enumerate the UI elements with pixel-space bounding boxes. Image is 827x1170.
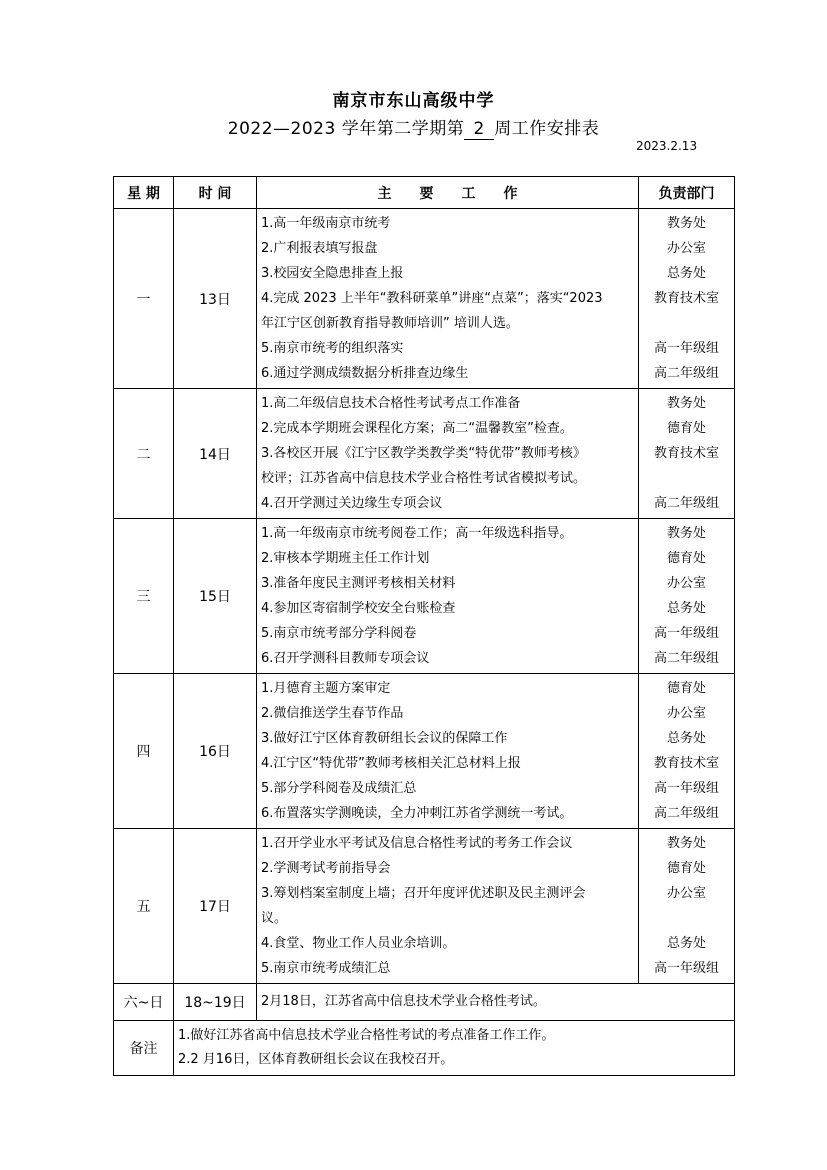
col-header-time: 时 间: [174, 177, 257, 209]
tasks-cell: 1.召开学业水平考试及信息合格性考试的考务工作会议2.学测考试考前指导会3.筹划…: [257, 829, 639, 984]
week-number: 2: [464, 119, 494, 140]
task-item: 2.微信推送学生春节作品: [261, 701, 638, 726]
dept-item: 高二年级组: [639, 491, 734, 516]
dept-item: 高一年级组: [639, 776, 734, 801]
dept-item: 办公室: [639, 571, 734, 596]
dept-item: 高一年级组: [639, 956, 734, 981]
date-cell: 15日: [174, 519, 257, 674]
dept-item: 高一年级组: [639, 336, 734, 361]
task-item: 6.通过学测成绩数据分析排查边缘生: [261, 361, 638, 386]
day-cell: 五: [114, 829, 174, 984]
weekend-row: 六~日18~19日2月18日，江苏省高中信息技术学业合格性考试。: [114, 984, 735, 1021]
task-item: 年江宁区创新教育指导教师培训” 培训人选。: [261, 311, 638, 336]
tasks-cell: 1.高二年级信息技术合格性考试考点工作准备2.完成本学期班会课程化方案；高二“温…: [257, 389, 639, 519]
task-item: 3.筹划档案室制度上墙；召开年度评优述职及民主测评会: [261, 881, 638, 906]
day-row: 五17日1.召开学业水平考试及信息合格性考试的考务工作会议2.学测考试考前指导会…: [114, 829, 735, 984]
task-item: 1.高一年级南京市统考: [261, 211, 638, 236]
task-item: 1.高二年级信息技术合格性考试考点工作准备: [261, 391, 638, 416]
dept-cell: 教务处办公室总务处教育技术室高一年级组高二年级组: [639, 209, 735, 389]
dept-item: 教务处: [639, 391, 734, 416]
task-item: 3.准备年度民主测评考核相关材料: [261, 571, 638, 596]
dept-item: 德育处: [639, 676, 734, 701]
title-prefix: 2022—2023 学年第二学期第: [228, 119, 464, 139]
notes-label: 备注: [114, 1021, 174, 1076]
dept-item: 高二年级组: [639, 801, 734, 826]
tasks-cell: 1.高一年级南京市统考2.广利报表填写报盘3.校园安全隐患排查上报4.完成 20…: [257, 209, 639, 389]
task-item: 5.南京市统考部分学科阅卷: [261, 621, 638, 646]
dept-item: 高二年级组: [639, 361, 734, 386]
dept-item: 办公室: [639, 236, 734, 261]
date-cell: 17日: [174, 829, 257, 984]
dept-item: 办公室: [639, 701, 734, 726]
date-cell: 16日: [174, 674, 257, 829]
col-header-tasks: 主 要 工 作: [257, 177, 639, 209]
day-cell: 二: [114, 389, 174, 519]
dept-item: 教育技术室: [639, 286, 734, 311]
dept-item: 教务处: [639, 521, 734, 546]
dept-item: [639, 906, 734, 931]
task-item: 4.完成 2023 上半年“教科研菜单”讲座“点菜”；落实“2023: [261, 286, 638, 311]
date-cell: 14日: [174, 389, 257, 519]
task-item: 6.召开学测科目教师专项会议: [261, 646, 638, 671]
notes-cell: 1.做好江苏省高中信息技术学业合格性考试的考点准备工作工作。2.2 月16日，区…: [174, 1021, 735, 1076]
dept-item: 办公室: [639, 881, 734, 906]
weekend-day-cell: 六~日: [114, 984, 174, 1021]
task-item: 4.江宁区“特优带”教师考核相关汇总材料上报: [261, 751, 638, 776]
dept-item: 高二年级组: [639, 646, 734, 671]
dept-cell: 教务处德育处办公室总务处高一年级组高二年级组: [639, 519, 735, 674]
task-item: 4.参加区寄宿制学校安全台账检查: [261, 596, 638, 621]
day-row: 四16日1.月德育主题方案审定2.微信推送学生春节作品3.做好江宁区体育教研组长…: [114, 674, 735, 829]
header-row: 星 期 时 间 主 要 工 作 负责部门: [114, 177, 735, 209]
date-cell: 13日: [174, 209, 257, 389]
dept-item: [639, 311, 734, 336]
dept-item: 总务处: [639, 726, 734, 751]
schedule-title: 2022—2023 学年第二学期第2周工作安排表: [0, 114, 827, 140]
task-item: 5.南京市统考成绩汇总: [261, 956, 638, 981]
task-item: 2.完成本学期班会课程化方案；高二“温馨教室”检查。: [261, 416, 638, 441]
weekend-task-cell: 2月18日，江苏省高中信息技术学业合格性考试。: [257, 984, 735, 1021]
task-item: 5.部分学科阅卷及成绩汇总: [261, 776, 638, 801]
task-item: 4.召开学测过关边缘生专项会议: [261, 491, 638, 516]
notes-row: 备注1.做好江苏省高中信息技术学业合格性考试的考点准备工作工作。2.2 月16日…: [114, 1021, 735, 1076]
task-item: 3.做好江宁区体育教研组长会议的保障工作: [261, 726, 638, 751]
dept-item: 高一年级组: [639, 621, 734, 646]
task-item: 3.各校区开展《江宁区教学类教学类“特优带”教师考核》: [261, 441, 638, 466]
task-item: 校评；江苏省高中信息技术学业合格性考试省模拟考试。: [261, 466, 638, 491]
tasks-cell: 1.月德育主题方案审定2.微信推送学生春节作品3.做好江宁区体育教研组长会议的保…: [257, 674, 639, 829]
dept-item: 德育处: [639, 416, 734, 441]
dept-cell: 教务处德育处教育技术室高二年级组: [639, 389, 735, 519]
task-item: 1.高一年级南京市统考阅卷工作；高一年级选科指导。: [261, 521, 638, 546]
tasks-cell: 1.高一年级南京市统考阅卷工作；高一年级选科指导。2.审核本学期班主任工作计划3…: [257, 519, 639, 674]
col-header-dept: 负责部门: [639, 177, 735, 209]
dept-item: 德育处: [639, 856, 734, 881]
dept-item: [639, 466, 734, 491]
dept-item: 教育技术室: [639, 751, 734, 776]
dept-item: 总务处: [639, 261, 734, 286]
note-item: 1.做好江苏省高中信息技术学业合格性考试的考点准备工作工作。: [178, 1024, 734, 1048]
schedule-table: 星 期 时 间 主 要 工 作 负责部门 一13日1.高一年级南京市统考2.广利…: [113, 176, 735, 1076]
day-row: 三15日1.高一年级南京市统考阅卷工作；高一年级选科指导。2.审核本学期班主任工…: [114, 519, 735, 674]
dept-item: 总务处: [639, 596, 734, 621]
day-row: 二14日1.高二年级信息技术合格性考试考点工作准备2.完成本学期班会课程化方案；…: [114, 389, 735, 519]
issue-date: 2023.2.13: [636, 139, 697, 153]
day-row: 一13日1.高一年级南京市统考2.广利报表填写报盘3.校园安全隐患排查上报4.完…: [114, 209, 735, 389]
dept-cell: 德育处办公室总务处教育技术室高一年级组高二年级组: [639, 674, 735, 829]
task-item: 2.广利报表填写报盘: [261, 236, 638, 261]
dept-item: 教育技术室: [639, 441, 734, 466]
task-item: 4.食堂、物业工作人员业余培训。: [261, 931, 638, 956]
note-item: 2.2 月16日，区体育教研组长会议在我校召开。: [178, 1048, 734, 1072]
day-cell: 一: [114, 209, 174, 389]
dept-item: 教务处: [639, 831, 734, 856]
task-item: 议。: [261, 906, 638, 931]
task-item: 6.布置落实学测晚读，全力冲刺江苏省学测统一考试。: [261, 801, 638, 826]
weekend-date-cell: 18~19日: [174, 984, 257, 1021]
dept-item: 教务处: [639, 211, 734, 236]
task-item: 2.审核本学期班主任工作计划: [261, 546, 638, 571]
school-name: 南京市东山高级中学: [0, 86, 827, 111]
day-cell: 三: [114, 519, 174, 674]
col-header-day: 星 期: [114, 177, 174, 209]
dept-item: 德育处: [639, 546, 734, 571]
day-cell: 四: [114, 674, 174, 829]
weekend-task: 2月18日，江苏省高中信息技术学业合格性考试。: [257, 984, 734, 1020]
dept-cell: 教务处德育处办公室总务处高一年级组: [639, 829, 735, 984]
task-item: 1.月德育主题方案审定: [261, 676, 638, 701]
task-item: 1.召开学业水平考试及信息合格性考试的考务工作会议: [261, 831, 638, 856]
task-item: 3.校园安全隐患排查上报: [261, 261, 638, 286]
dept-item: 总务处: [639, 931, 734, 956]
task-item: 5.南京市统考的组织落实: [261, 336, 638, 361]
task-item: 2.学测考试考前指导会: [261, 856, 638, 881]
title-suffix: 周工作安排表: [494, 119, 599, 139]
